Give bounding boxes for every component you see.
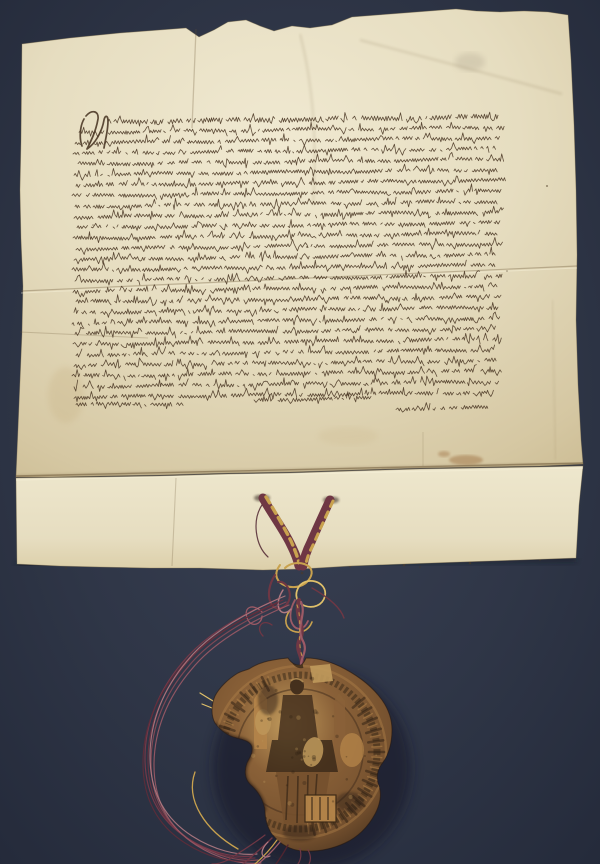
dirt-speck (546, 185, 548, 187)
seal-speck (303, 755, 306, 758)
parchment-body (16, 9, 583, 477)
rim-dash-highlight (372, 757, 382, 758)
dirt-speck (301, 572, 304, 575)
seal-speck (348, 795, 352, 799)
seal-speck (296, 715, 301, 720)
seal-speck (312, 757, 316, 761)
seal-speck (262, 740, 263, 741)
dirt-speck (92, 224, 94, 226)
seal-speck (310, 677, 314, 681)
seal-speck (267, 718, 269, 720)
seal-speck (286, 784, 288, 786)
seal-speck (299, 752, 301, 754)
seal-speck (291, 770, 294, 773)
seal-speck (332, 715, 334, 717)
seal-speck (301, 758, 303, 760)
seal-speck (289, 715, 292, 718)
seal-speck (275, 689, 278, 692)
effigy-lap (266, 740, 338, 772)
seal-speck (346, 756, 348, 758)
seal-speck (263, 781, 265, 783)
tan-stain-below-text (318, 427, 378, 445)
seal-speck (303, 738, 306, 741)
seal-speck (302, 781, 306, 785)
rust-stain-fold (449, 455, 483, 465)
charter-photo (0, 0, 600, 864)
dirt-speck (506, 270, 508, 272)
seal-speck (251, 754, 255, 758)
dirt-speck (65, 567, 67, 569)
seal-speck (304, 750, 306, 752)
seal-speck (346, 778, 349, 781)
charter-photo-canvas (0, 0, 600, 864)
seal-speck (295, 747, 298, 750)
dirt-speck (419, 566, 421, 568)
gold-patch-right (340, 733, 364, 767)
dirt-speck (469, 562, 472, 565)
seal-speck (313, 709, 318, 714)
seal-speck (279, 710, 282, 713)
seal-speck (260, 719, 263, 722)
seal-speck (291, 756, 293, 758)
seal-speck (335, 735, 338, 738)
seal-speck (275, 775, 277, 777)
seal-speck (308, 756, 310, 758)
seal-speck (332, 800, 334, 802)
seal-speck (364, 755, 366, 757)
seal-speck (287, 801, 291, 805)
rust-stain-small (438, 451, 450, 457)
rim-dash-highlight (372, 746, 382, 747)
seal-speck (257, 745, 260, 748)
seal-speck (375, 754, 377, 756)
smudge-topright (455, 53, 485, 71)
seal-blotch-3 (283, 825, 317, 841)
seal-speck (310, 764, 312, 766)
